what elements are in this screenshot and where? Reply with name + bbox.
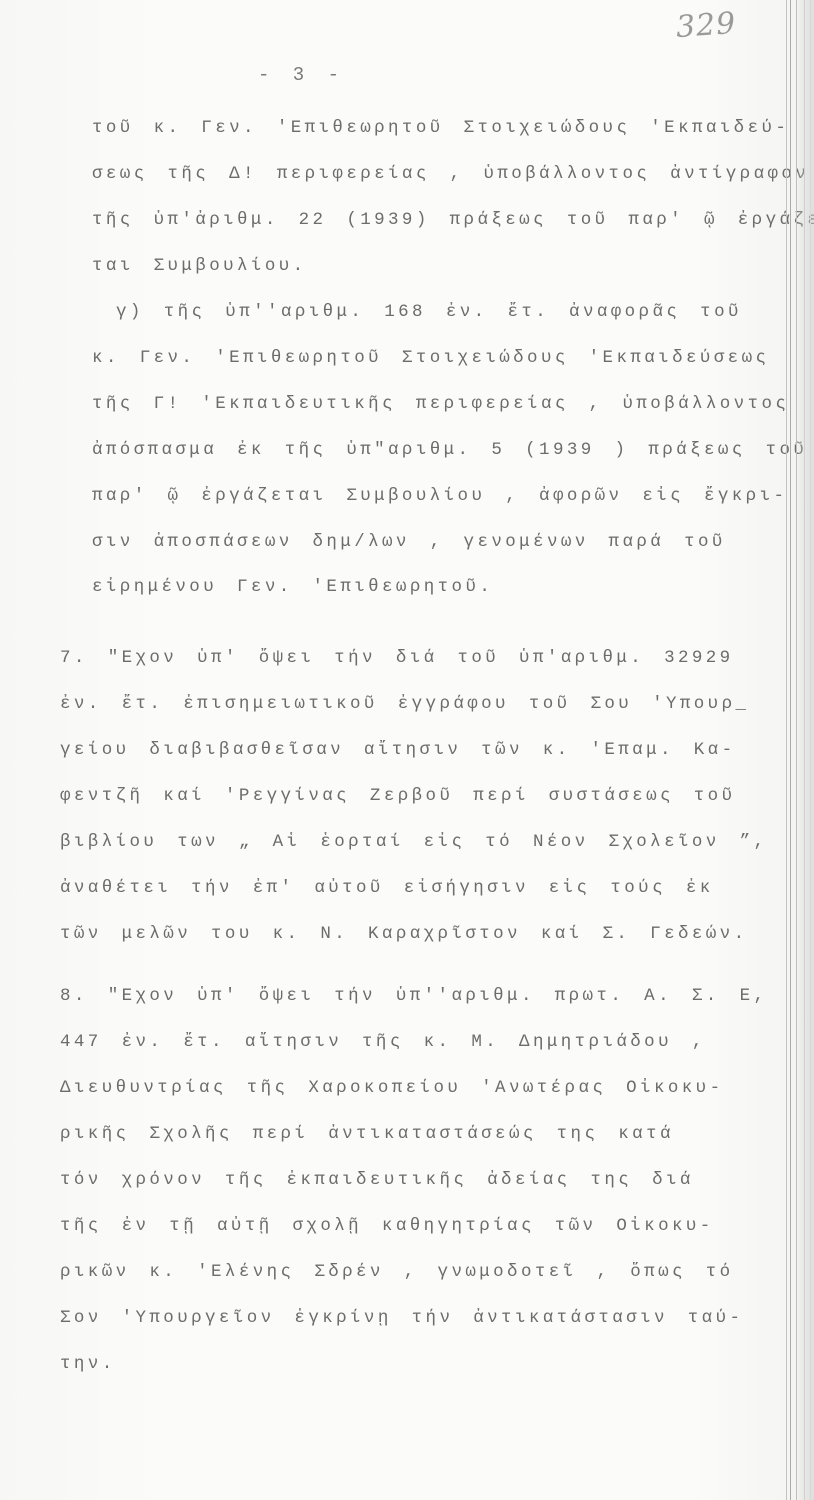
binding-line	[804, 0, 805, 1500]
paragraph-7-line: τῶν μελῶν του κ. Ν. Καραχρῖστον καί Σ. Γ…	[60, 924, 747, 944]
page-edge-shadow	[798, 0, 814, 1500]
paragraph-8-line: τόν χρόνον τῆς ἐκπαιδευτικῆς ἀδείας της …	[60, 1170, 694, 1190]
paragraph-7-line: ἐν. ἔτ. ἐπισημειωτικοῦ ἐγγράφου τοῦ Σου …	[60, 694, 749, 714]
text-line: ἀπόσπασμα ἐκ τῆς ὑπ"αριθμ. 5 (1939 ) πρά…	[92, 440, 807, 460]
paragraph-8-line: ρικῆς Σχολῆς περί ἀντικαταστάσεώς της κα…	[60, 1124, 674, 1144]
paragraph-7-line: ἀναθέτει τήν ἐπ' αὐτοῦ εἰσήγησιν εἰς τού…	[60, 878, 714, 898]
paragraph-8-line: τῆς ἐν τῇ αὐτῇ σχολῇ καθηγητρίας τῶν Οἰκ…	[60, 1216, 714, 1236]
paragraph-8-line: την.	[60, 1354, 116, 1374]
text-line: ται Συμβουλίου.	[92, 256, 307, 276]
paragraph-7-line: γείου διαβιβασθεῖσαν αἴτησιν τῶν κ. 'Επα…	[60, 740, 735, 760]
paragraph-7-line: φεντζῆ καί 'Ρεγγίνας Ζερβοῦ περί συστάσε…	[60, 786, 735, 806]
paragraph-8-line: 8. "Εχον ὑπ' ὄψει τήν ὑπ''αριθμ. πρωτ. Α…	[60, 986, 767, 1006]
text-line: κ. Γεν. 'Επιθεωρητοῦ Στοιχειώδους 'Εκπαι…	[92, 348, 769, 368]
text-line: σιν ἀποσπάσεων δημ/λων , γενομένων παρά …	[92, 532, 726, 552]
binding-line	[790, 0, 791, 1500]
page-number: - 3 -	[258, 64, 345, 86]
text-line: εἰρημένου Γεν. 'Επιθεωρητοῦ.	[92, 577, 493, 597]
handwritten-folio-number: 329	[675, 6, 738, 45]
text-line: γ) τῆς ὑπ''αριθμ. 168 ἐν. ἔτ. ἀναφορᾶς τ…	[116, 302, 742, 322]
paragraph-7-line: 7. "Εχον ὑπ' ὄψει τήν διά τοῦ ὑπ'αριθμ. …	[60, 648, 734, 668]
text-line: τῆς Γ! 'Εκπαιδευτικῆς περιφερείας , ὑποβ…	[92, 394, 789, 414]
paragraph-8-line: Διευθυντρίας τῆς Χαροκοπείου 'Ανωτέρας Ο…	[60, 1078, 723, 1098]
text-line: παρ' ῷ ἐργάζεται Συμβουλίου , ἀφορῶν εἰς…	[92, 486, 787, 506]
paragraph-8-line: 447 ἐν. ἔτ. αἴτησιν τῆς κ. Μ. Δημητριάδο…	[60, 1032, 706, 1052]
text-line: τοῦ κ. Γεν. 'Επιθεωρητοῦ Στοιχειώδους 'Ε…	[92, 118, 789, 138]
binding-line	[810, 0, 811, 1500]
paragraph-8-line: Σον 'Υπουργεῖον ἐγκρίνῃ τήν ἀντικατάστασ…	[60, 1308, 743, 1328]
text-line: σεως τῆς Δ! περιφερείας , ὑποβάλλοντος ἀ…	[92, 164, 809, 184]
paragraph-7-line: βιβλίου των „ Αἱ ἑορταί εἰς τό Νέον Σχολ…	[60, 832, 767, 852]
binding-line	[796, 0, 797, 1500]
binding-line	[786, 0, 787, 1500]
scanned-document-page: 329 - 3 - τοῦ κ. Γεν. 'Επιθεωρητοῦ Στοιχ…	[0, 0, 814, 1500]
text-line: τῆς ὑπ'ἀριθμ. 22 (1939) πράξεως τοῦ παρ'…	[92, 210, 814, 230]
paragraph-8-line: ρικῶν κ. 'Ελένης Σδρέν , γνωμοδοτεῖ , ὅπ…	[60, 1262, 734, 1282]
